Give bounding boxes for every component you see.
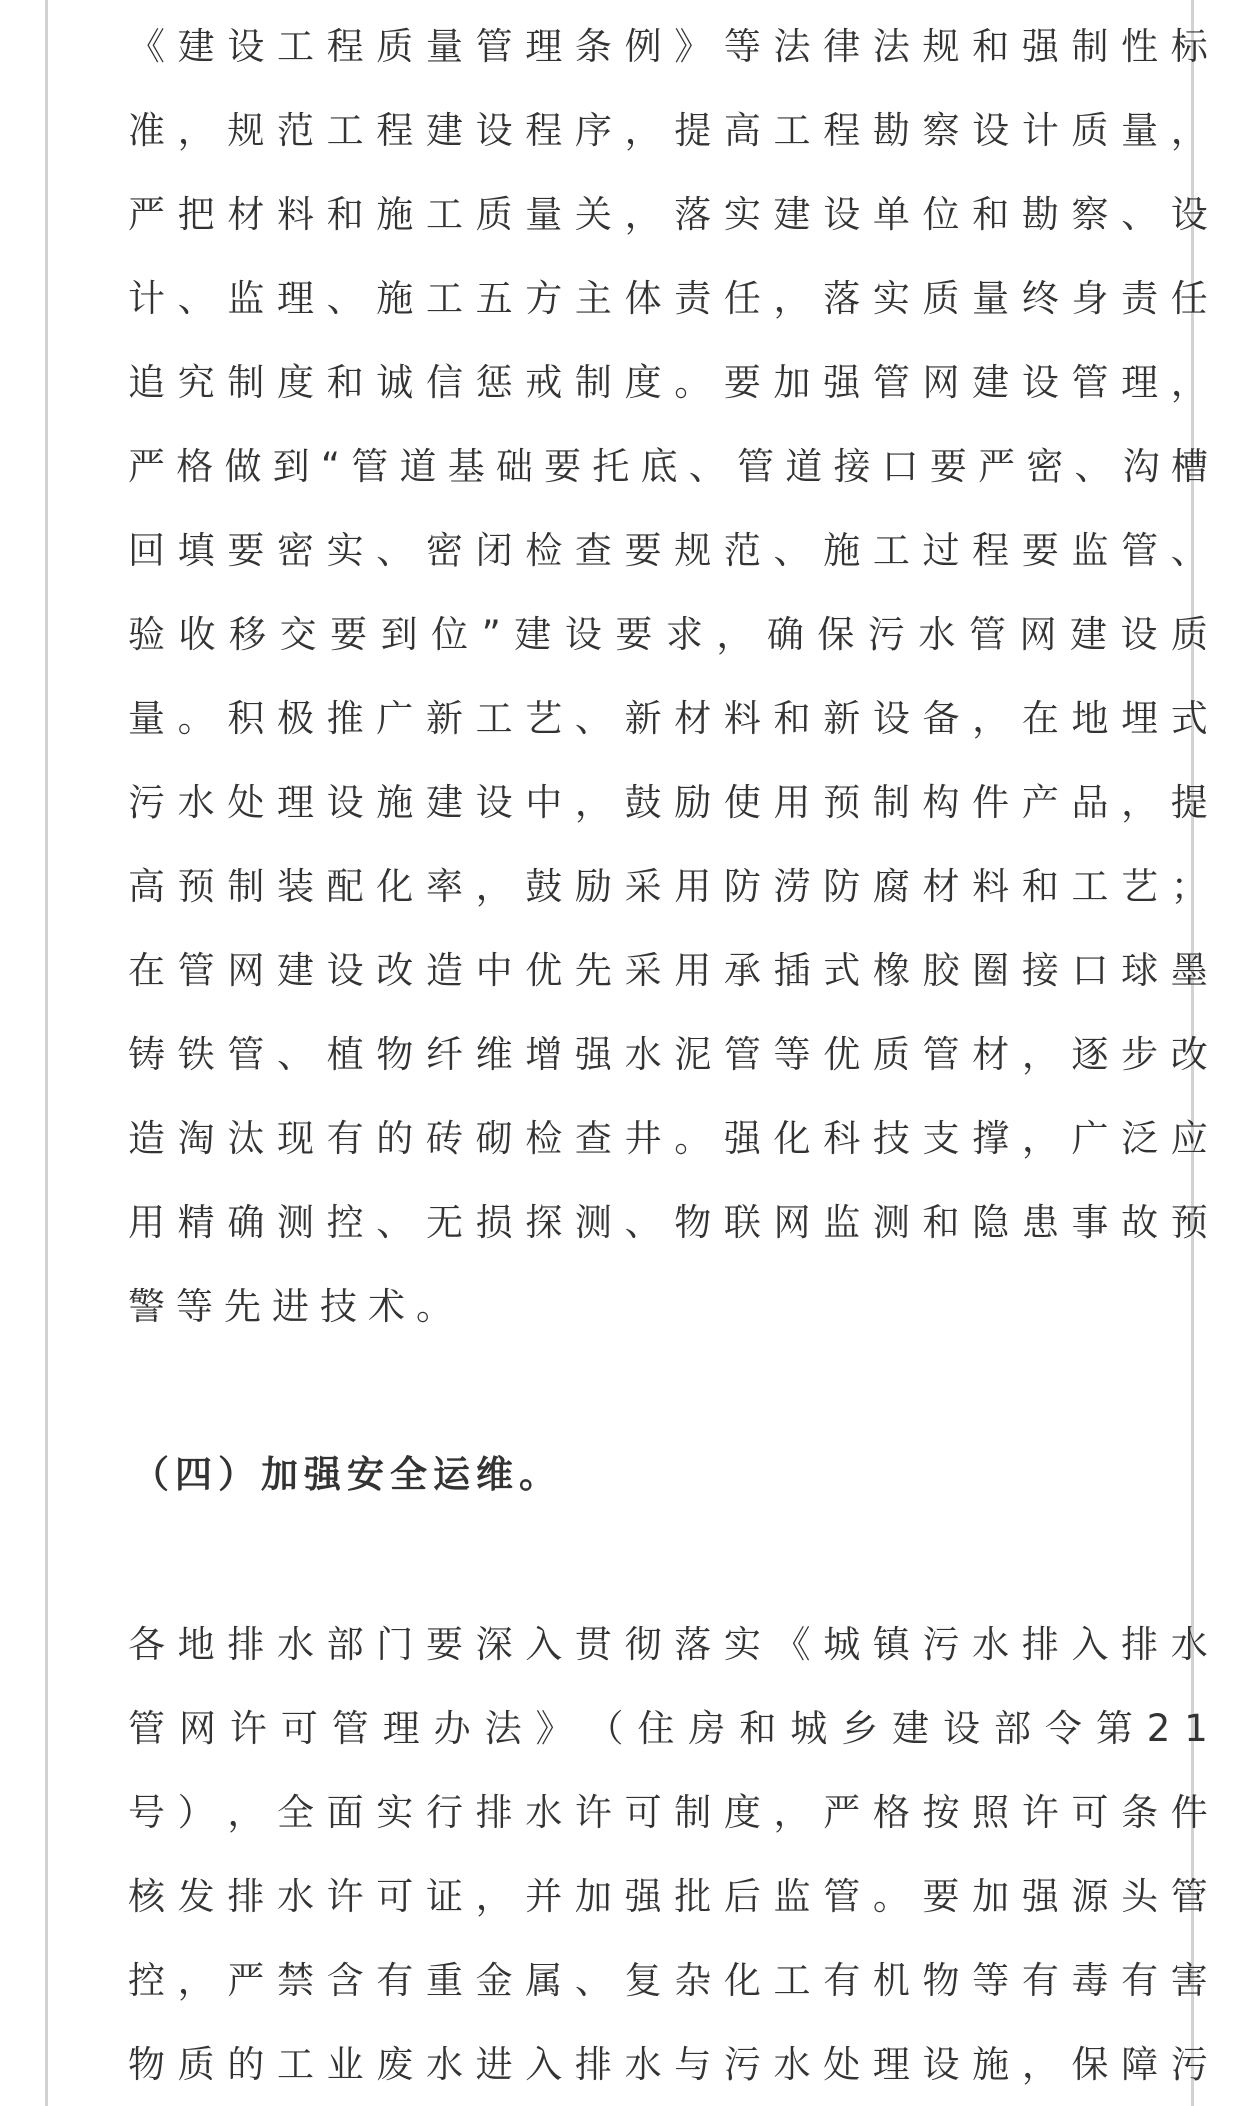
paragraph-2-line: 管网许可管理办法》（住房和城乡建设部令第21 bbox=[128, 1687, 1208, 1771]
paragraph-1-line: 造淘汰现有的砖砌检查井。强化科技支撑，广泛应 bbox=[128, 1097, 1208, 1181]
paragraph-2-line: 号），全面实行排水许可制度，严格按照许可条件 bbox=[128, 1771, 1208, 1855]
paragraph-1-line: 铸铁管、植物纤维增强水泥管等优质管材，逐步改 bbox=[128, 1013, 1208, 1097]
paragraph-1-line: 警等先进技术。 bbox=[128, 1265, 1208, 1349]
paragraph-1-line: 验收移交要到位”建设要求，确保污水管网建设质 bbox=[128, 593, 1208, 677]
paragraph-1-line: 计、监理、施工五方主体责任，落实质量终身责任 bbox=[128, 257, 1208, 341]
paragraph-1-line: 高预制装配化率，鼓励采用防涝防腐材料和工艺； bbox=[128, 845, 1208, 929]
paragraph-2-line: 物质的工业废水进入排水与污水处理设施，保障污 bbox=[128, 2023, 1208, 2106]
paragraph-1-line: 回填要密实、密闭检查要规范、施工过程要监管、 bbox=[128, 509, 1208, 593]
paragraph-2-line: 控，严禁含有重金属、复杂化工有机物等有毒有害 bbox=[128, 1939, 1208, 2023]
paragraph-1-line: 严格做到“管道基础要托底、管道接口要严密、沟槽 bbox=[128, 425, 1208, 509]
paragraph-1-line: 污水处理设施建设中，鼓励使用预制构件产品，提 bbox=[128, 761, 1208, 845]
paragraph-2-line: 核发排水许可证，并加强批后监管。要加强源头管 bbox=[128, 1855, 1208, 1939]
paragraph-2-line: 各地排水部门要深入贯彻落实《城镇污水排入排水 bbox=[128, 1603, 1208, 1687]
paragraph-1-line: 用精确测控、无损探测、物联网监测和隐患事故预 bbox=[128, 1181, 1208, 1265]
paragraph-1-line: 严把材料和施工质量关，落实建设单位和勘察、设 bbox=[128, 173, 1208, 257]
section-heading: （四）加强安全运维。 bbox=[132, 1433, 562, 1517]
paragraph-1-line: 在管网建设改造中优先采用承插式橡胶圈接口球墨 bbox=[128, 929, 1208, 1013]
paragraph-1-line: 准，规范工程建设程序，提高工程勘察设计质量， bbox=[128, 89, 1208, 173]
paragraph-1-line: 量。积极推广新工艺、新材料和新设备，在地埋式 bbox=[128, 677, 1208, 761]
article-frame: 《建设工程质量管理条例》等法律法规和强制性标 准，规范工程建设程序，提高工程勘察… bbox=[45, 0, 1194, 2106]
paragraph-1-line: 追究制度和诚信惩戒制度。要加强管网建设管理， bbox=[128, 341, 1208, 425]
paragraph-1-line: 《建设工程质量管理条例》等法律法规和强制性标 bbox=[128, 5, 1208, 89]
